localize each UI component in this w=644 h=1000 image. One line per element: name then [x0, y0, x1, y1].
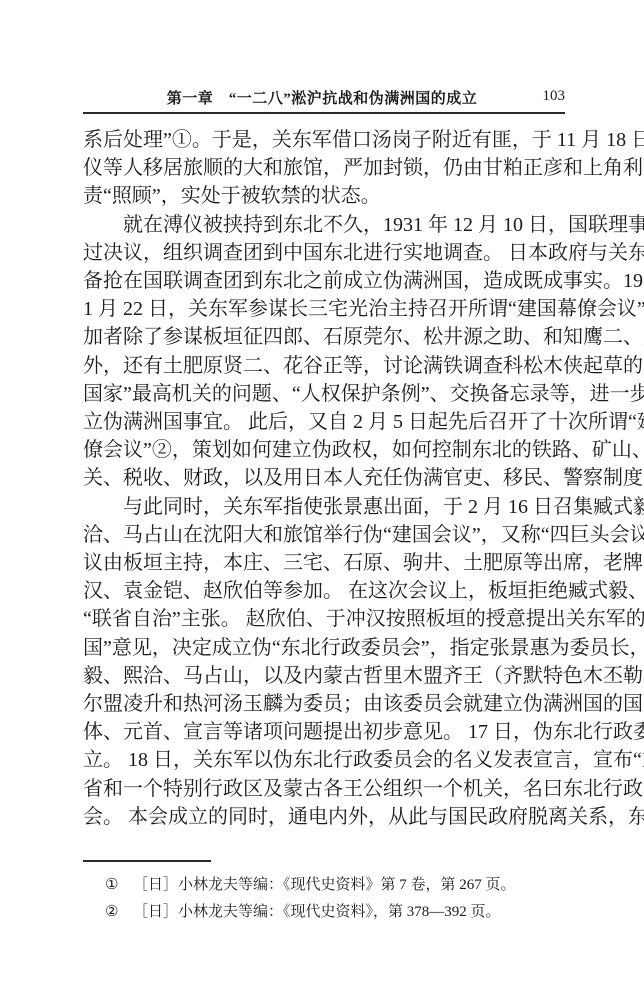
text-line: 外，还有土肥原贤二、花谷正等，讨论满铁调查科松木侠起草的所谓“新 [83, 352, 561, 380]
chapter-title: 第一章 “一二八”淞沪抗战和伪满洲国的成立 [83, 87, 561, 108]
footnotes: ①［日］小林龙夫等编：《现代史资料》第 7 卷，第 267 页。②［日］小林龙夫… [83, 872, 561, 926]
running-head: 第一章 “一二八”淞沪抗战和伪满洲国的成立 103 [83, 87, 561, 107]
text-line: 1 月 22 日，关东军参谋长三宅光治主持召开所谓“建国幕僚会议”，参 [83, 295, 561, 323]
text-line: 系后处理”①。于是，关东军借口汤岗子附近有匪，于 11 月 18 日将溥 [83, 126, 561, 154]
footnote-text: ［日］小林龙夫等编：《现代史资料》，第 378—392 页。 [133, 899, 561, 926]
text-line: 汉、袁金铠、赵欣伯等参加。 在这次会议上，板垣拒绝臧式毅、马占山的 [83, 577, 561, 605]
text-line: 省和一个特别行政区及蒙古各王公组织一个机关，名曰东北行政委员 [83, 775, 561, 803]
footnote-marker: ① [105, 872, 133, 899]
book-page: 第一章 “一二八”淞沪抗战和伪满洲国的成立 103 系后处理”①。于是，关东军借… [0, 0, 644, 1000]
text-line: 关、税收、财政，以及用日本人充任伪满官吏、移民、警察制度等问题。 [83, 464, 561, 492]
text-line: 责“照顾”，实处于被软禁的状态。 [83, 182, 561, 210]
text-line: 仪等人移居旅顺的大和旅馆，严加封锁，仍由甘粕正彦和上角利一等负 [83, 154, 561, 182]
text-line: 毅、熙洽、马占山，以及内蒙古哲里木盟齐王（齐默特色木丕勒）、呼伦贝 [83, 662, 561, 690]
text-line: 体、元首、宣言等诸项问题提出初步意见。 17 日，伪东北行政委员会成 [83, 718, 561, 746]
text-line: 国家”最高机关的问题、“人权保护条例”、交换备忘录等，进一步策划建 [83, 380, 561, 408]
body-text: 系后处理”①。于是，关东军借口汤岗子附近有匪，于 11 月 18 日将溥仪等人移… [83, 126, 561, 831]
text-line: 洽、马占山在沈阳大和旅馆举行伪“建国会议”，又称“四巨头会议”。 会 [83, 521, 561, 549]
text-line: 僚会议”②，策划如何建立伪政权，如何控制东北的铁路、矿山、森林、海 [83, 436, 561, 464]
footnote-item: ②［日］小林龙夫等编：《现代史资料》，第 378—392 页。 [83, 899, 561, 926]
header-rule [83, 112, 565, 114]
text-line: 议由板垣主持，本庄、三宅、石原、驹井、土肥原等出席，老牌汉奸于冲 [83, 549, 561, 577]
text-line: 加者除了参谋板垣征四郎、石原莞尔、松井源之助、和知鹰二、片仓衷以 [83, 323, 561, 351]
page-number: 103 [543, 88, 566, 105]
text-line: 过决议，组织调查团到中国东北进行实地调查。 日本政府与关东军准 [83, 239, 561, 267]
text-line: 尔盟凌升和热河汤玉麟为委员；由该委员会就建立伪满洲国的国体、政 [83, 690, 561, 718]
footnote-item: ①［日］小林龙夫等编：《现代史资料》第 7 卷，第 267 页。 [83, 872, 561, 899]
text-line: 会。 本会成立的同时，通电内外，从此与国民政府脱离关系，东北省区 [83, 803, 561, 831]
footnote-separator [83, 860, 211, 862]
footnote-marker: ② [105, 899, 133, 926]
text-line: 立。 18 日，关东军以伪东北行政委员会的名义发表宣言，宣布“东北四 [83, 746, 561, 774]
text-line: 立伪满洲国事宜。 此后，又自 2 月 5 日起先后召开了十次所谓“建国幕 [83, 408, 561, 436]
text-line: 国”意见，决定成立伪“东北行政委员会”，指定张景惠为委员长，臧式 [83, 634, 561, 662]
footnote-text: ［日］小林龙夫等编：《现代史资料》第 7 卷，第 267 页。 [133, 872, 561, 899]
text-line: 就在溥仪被挟持到东北不久，1931 年 12 月 10 日，国联理事会通 [83, 211, 561, 239]
text-line: “联省自治”主张。 赵欣伯、于冲汉按照板垣的授意提出关东军的“建 [83, 605, 561, 633]
text-line: 备抢在国联调查团到东北之前成立伪满洲国，造成既成事实。1932 年 [83, 267, 561, 295]
text-line: 与此同时，关东军指使张景惠出面，于 2 月 16 日召集臧式毅、熙 [83, 493, 561, 521]
